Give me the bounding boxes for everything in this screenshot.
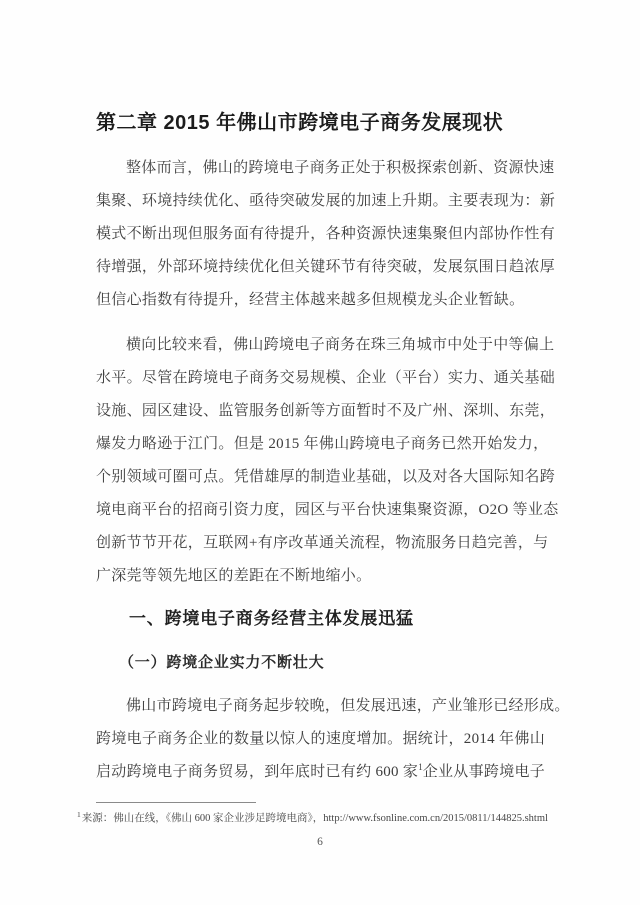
footnote-divider [96, 802, 256, 803]
body-line: 整体而言，佛山的跨境电子商务正处于积极探索创新、资源快速 [96, 152, 545, 185]
body-line: 广深莞等领先地区的差距在不断地缩小。 [96, 560, 545, 593]
body-line: 个别领域可圈可点。凭借雄厚的制造业基础，以及对各大国际知名跨 [96, 461, 545, 494]
footnote-marker: 1 [77, 810, 81, 819]
body-line: 境电商平台的招商引资力度，园区与平台快速集聚资源，O2O 等业态 [96, 494, 545, 527]
body-line: 集聚、环境持续优化、亟待突破发展的加速上升期。主要表现为：新 [96, 185, 545, 218]
paragraph-enterprises: 佛山市跨境电子商务起步较晚，但发展迅速，产业雏形已经形成。 跨境电子商务企业的数… [96, 690, 545, 789]
paragraph-comparison: 横向比较来看，佛山跨境电子商务在珠三角城市中处于中等偏上 水平。尽管在跨境电子商… [96, 329, 545, 593]
page-number: 6 [0, 836, 640, 848]
chapter-title: 第二章 2015 年佛山市跨境电子商务发展现状 [96, 110, 556, 136]
paragraph-overview: 整体而言，佛山的跨境电子商务正处于积极探索创新、资源快速 集聚、环境持续优化、亟… [96, 152, 545, 317]
body-line: 启动跨境电子商务贸易，到年底时已有约 600 家1企业从事跨境电子 [96, 756, 545, 789]
document-page: 第二章 2015 年佛山市跨境电子商务发展现状 整体而言，佛山的跨境电子商务正处… [0, 0, 640, 905]
body-line: 设施、园区建设、监管服务创新等方面暂时不及广州、深圳、东莞， [96, 395, 545, 428]
body-line: 但信心指数有待提升，经营主体越来越多但规模龙头企业暂缺。 [96, 284, 545, 317]
section-heading: 一、跨境电子商务经营主体发展迅猛 [129, 607, 414, 631]
body-line-text: 启动跨境电子商务贸易，到年底时已有约 600 家 [96, 764, 418, 780]
footnote-text: 来源：佛山在线，《佛山 600 家企业涉足跨境电商》，http://www.fs… [82, 813, 548, 824]
body-line: 水平。尽管在跨境电子商务交易规模、企业（平台）实力、通关基础 [96, 362, 545, 395]
body-line: 创新节节开花，互联网+有序改革通关流程，物流服务日趋完善，与 [96, 527, 545, 560]
body-line: 跨境电子商务企业的数量以惊人的速度增加。据统计，2014 年佛山 [96, 723, 545, 756]
body-line: 爆发力略逊于江门。但是 2015 年佛山跨境电子商务已然开始发力， [96, 428, 545, 461]
body-line: 待增强，外部环境持续优化但关键环节有待突破，发展氛围日趋浓厚 [96, 251, 545, 284]
subsection-heading: （一）跨境企业实力不断壮大 [119, 652, 324, 674]
body-line: 佛山市跨境电子商务起步较晚，但发展迅速，产业雏形已经形成。 [96, 690, 545, 723]
body-line: 模式不断出现但服务面有待提升，各种资源快速集聚但内部协作性有 [96, 218, 545, 251]
body-line-text: 企业从事跨境电子 [423, 764, 545, 780]
body-line: 横向比较来看，佛山跨境电子商务在珠三角城市中处于中等偏上 [96, 329, 545, 362]
footnote: 1来源：佛山在线，《佛山 600 家企业涉足跨境电商》，http://www.f… [77, 810, 587, 828]
